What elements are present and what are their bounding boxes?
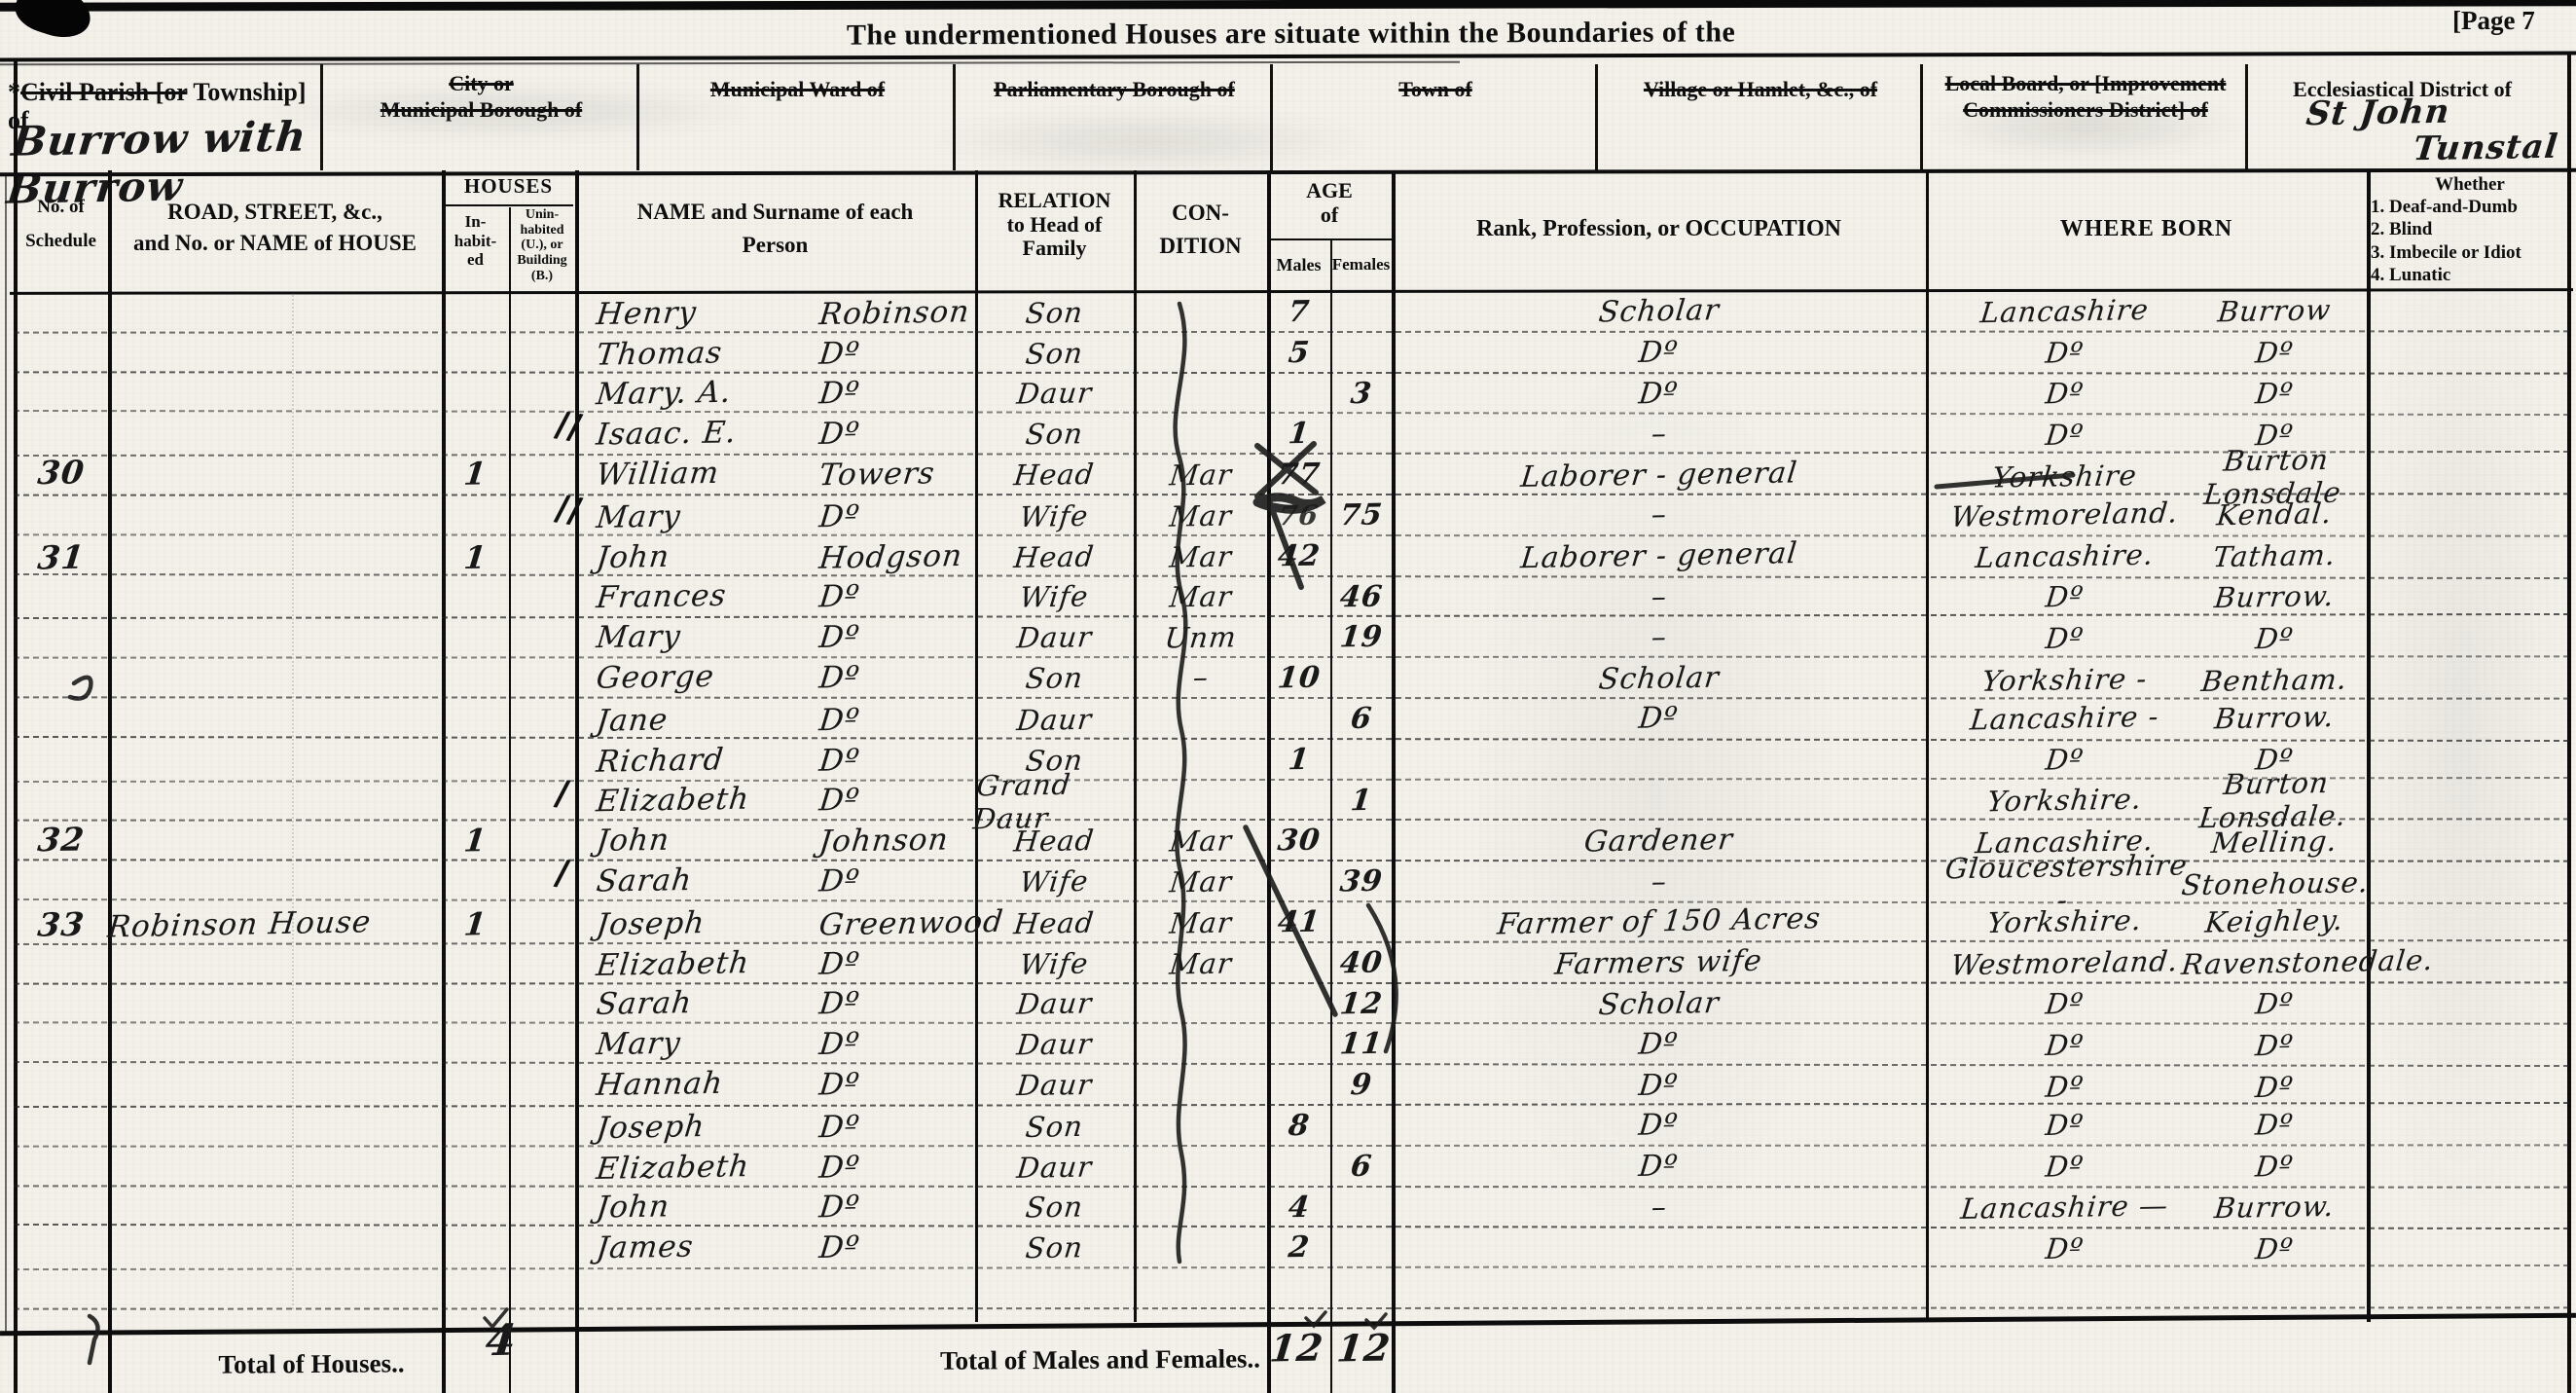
col-name-label: Person bbox=[575, 233, 975, 258]
person-given-name: John bbox=[595, 1190, 671, 1226]
person-given-name: Frances bbox=[595, 578, 728, 615]
cell-where-born: Yorkshire.Burton Lonsdale. bbox=[1926, 781, 2367, 822]
born-place: Keighley. bbox=[2180, 902, 2369, 939]
handwritten-text: Dº bbox=[1638, 1149, 1681, 1184]
col-houses-group-label: HOUSES bbox=[442, 175, 575, 199]
handwritten-text: Mar bbox=[1168, 498, 1234, 532]
handwritten-text: – bbox=[1650, 621, 1669, 655]
cell-age-male: 2 bbox=[1267, 1228, 1330, 1268]
handwritten-text: Robinson House bbox=[106, 904, 373, 944]
cell-condition: Mar bbox=[1134, 577, 1267, 618]
handwritten-text: Daur bbox=[1015, 377, 1094, 411]
handwritten-text: 19 bbox=[1338, 620, 1385, 655]
person-surname: Dº bbox=[817, 1150, 861, 1186]
handwritten-text: Son bbox=[1024, 296, 1085, 330]
col-males-label: Males bbox=[1267, 255, 1330, 275]
col-uninhabited-label: (U.), or bbox=[509, 238, 575, 253]
cell-inhabited: 1 bbox=[442, 536, 509, 577]
col-inhabited-label: ed bbox=[442, 250, 509, 270]
header-label-struck: Municipal Borough of bbox=[381, 97, 582, 122]
handwritten-text: Mar bbox=[1168, 539, 1234, 573]
born-place: Dº bbox=[2180, 1148, 2369, 1184]
col-schedule-label: Schedule bbox=[14, 231, 108, 251]
person-surname: Dº bbox=[817, 376, 861, 412]
cell-schedule-number: 32 bbox=[14, 820, 108, 861]
person-given-name: Jane bbox=[595, 702, 670, 738]
handwritten-text: Scholar bbox=[1597, 661, 1722, 697]
handwritten-text: Daur bbox=[1015, 620, 1094, 654]
census-page-scan: { "page": { "page_label": "[Page 7", "ti… bbox=[0, 0, 2576, 1393]
total-houses-value: 4 bbox=[454, 1315, 548, 1367]
cell-relation: Head bbox=[975, 821, 1134, 861]
cell-person-name: RichardDº bbox=[575, 740, 997, 781]
person-surname: Dº bbox=[817, 783, 861, 819]
cell-relation: Wife bbox=[975, 943, 1134, 984]
col-age-label: AGE bbox=[1267, 179, 1392, 203]
handwritten-text: 39 bbox=[1338, 864, 1385, 899]
handwritten-text: Dº bbox=[1638, 335, 1681, 370]
cell-occupation: – bbox=[1392, 577, 1926, 618]
cell-occupation: – bbox=[1392, 861, 1926, 903]
cell-where-born: Lancashire —Burrow. bbox=[1926, 1188, 2367, 1228]
handwritten-text: Dº bbox=[1638, 1028, 1681, 1063]
table-row: 311JohnHodgsonMarHead42Laborer - general… bbox=[0, 535, 2576, 578]
cell-relation: Wife bbox=[975, 861, 1134, 902]
houses-group-underline bbox=[444, 204, 573, 206]
cell-age-male: 30 bbox=[1267, 821, 1330, 861]
ink-blob-top-left bbox=[10, 0, 97, 46]
page-number-label: [Page 7 bbox=[2452, 6, 2535, 35]
cell-age-male: 1 bbox=[1267, 414, 1330, 455]
cell-person-name: Mary. A.Dº bbox=[575, 374, 997, 415]
handwritten-text: Dº bbox=[1638, 701, 1681, 736]
cell-occupation: – bbox=[1392, 1188, 1926, 1228]
header-label-struck: Parliamentary Borough of bbox=[994, 77, 1235, 101]
table-row: JaneDºDaur6DºLancashire -Burrow. bbox=[0, 697, 2576, 742]
header-box-label: Commissioners District] of bbox=[1923, 98, 2248, 123]
handwritten-text: Farmers wife bbox=[1553, 944, 1764, 982]
cell-person-name: JohnJohnson bbox=[575, 821, 997, 861]
person-surname: Robinson bbox=[817, 294, 971, 332]
handwritten-text: Mar bbox=[1168, 946, 1234, 980]
person-given-name: Henry bbox=[595, 295, 699, 332]
cell-where-born: DºDº bbox=[1926, 984, 2367, 1025]
cell-person-name: JamesDº bbox=[575, 1228, 997, 1268]
handwritten-text: Son bbox=[1024, 1110, 1085, 1144]
cell-schedule-number: 30 bbox=[14, 453, 108, 494]
col-name-label: NAME and Surname of each bbox=[575, 200, 975, 225]
table-row: MaryDºUnmDaur19–DºDº bbox=[0, 616, 2576, 659]
cell-relation: Daur bbox=[975, 1147, 1134, 1188]
cell-person-name: SarahDº bbox=[575, 984, 997, 1025]
table-row: HenryRobinsonSon7ScholarLancashireBurrow bbox=[0, 290, 2576, 335]
born-place: Dº bbox=[2180, 1106, 2369, 1143]
table-row: 33Robinson House1JosephGreenwoodMarHead4… bbox=[0, 900, 2576, 945]
handwritten-text: 77 bbox=[1276, 458, 1323, 493]
cell-relation: Daur bbox=[975, 617, 1134, 658]
born-county: Dº bbox=[1941, 985, 2188, 1022]
handwritten-text: – bbox=[1650, 580, 1669, 614]
cell-person-name: MaryDº bbox=[575, 617, 997, 658]
person-given-name: Mary bbox=[595, 498, 682, 535]
handwritten-text: Wife bbox=[1018, 946, 1090, 980]
cell-condition: – bbox=[1134, 658, 1267, 699]
cell-occupation: Farmer of 150 Acres bbox=[1392, 901, 1926, 943]
handwritten-text: 6 bbox=[1349, 702, 1374, 736]
col-uninhabited-label: Unin- bbox=[509, 207, 575, 223]
cell-age-female: 3 bbox=[1330, 374, 1392, 415]
header-box-civil-parish: *Civil Parish [or Township] ofBurrow wit… bbox=[0, 64, 320, 170]
handwritten-text: 3 bbox=[1349, 377, 1374, 411]
page-title: The undermentioned Houses are situate wi… bbox=[847, 16, 1735, 52]
person-given-name: Mary. A. bbox=[595, 375, 733, 412]
person-given-name: William bbox=[595, 456, 721, 493]
header-box-handwriting: Tunstal bbox=[2412, 128, 2560, 169]
cell-occupation: Dº bbox=[1392, 1065, 1926, 1107]
cell-age-female: 40 bbox=[1330, 943, 1392, 984]
born-county: Westmoreland. bbox=[1941, 495, 2188, 533]
born-county: Dº bbox=[1941, 1069, 2188, 1106]
col-relation-label: RELATION bbox=[975, 189, 1134, 213]
handwritten-text: Son bbox=[1024, 661, 1085, 695]
cell-relation: Daur bbox=[975, 699, 1134, 740]
header-box-local-board: Local Board, or [ImprovementCommissioner… bbox=[1920, 64, 2248, 170]
born-place: Stonehouse. bbox=[2180, 865, 2369, 901]
header-box-municipal-ward: Municipal Ward of bbox=[636, 64, 956, 170]
cell-age-male: 8 bbox=[1267, 1106, 1330, 1147]
born-county: Dº bbox=[1941, 417, 2188, 454]
table-row: ∕SarahDºMarWife39–Gloucestershire -Stone… bbox=[0, 860, 2576, 904]
header-label-struck: Local Board, or [Improvement bbox=[1945, 71, 2227, 95]
person-given-name: Mary bbox=[595, 619, 683, 655]
handwritten-text: Unm bbox=[1163, 621, 1238, 655]
col-inhabited-label: In- bbox=[442, 212, 509, 232]
person-given-name: John bbox=[595, 823, 671, 859]
cell-age-male: 4 bbox=[1267, 1188, 1330, 1228]
col-occupation-label: Rank, Profession, or OCCUPATION bbox=[1392, 216, 1926, 242]
person-given-name: Sarah bbox=[595, 986, 694, 1023]
born-county: Dº bbox=[1941, 1027, 2188, 1064]
cell-where-born: Lancashire -Burrow. bbox=[1926, 697, 2367, 739]
col-relation-label: Family bbox=[975, 237, 1134, 261]
handwritten-text: Dº bbox=[1638, 1108, 1681, 1143]
header-box-village-hamlet: Village or Hamlet, &c., of bbox=[1595, 64, 1923, 170]
handwritten-text: Daur bbox=[1015, 987, 1094, 1021]
handwritten-text: 32 bbox=[35, 821, 86, 860]
person-surname: Dº bbox=[817, 702, 861, 738]
cell-age-female: 6 bbox=[1330, 699, 1392, 740]
cell-relation: Son bbox=[975, 1106, 1134, 1147]
handwritten-text: 33 bbox=[35, 905, 86, 944]
cell-person-name: JosephDº bbox=[575, 1107, 997, 1149]
handwritten-text: – bbox=[1650, 865, 1669, 899]
col-born-label: WHERE BORN bbox=[1926, 216, 2367, 242]
table-row: GeorgeDº–Son10ScholarYorkshire -Bentham. bbox=[0, 656, 2576, 701]
cell-age-female: 1 bbox=[1330, 781, 1392, 822]
handwritten-text: 1 bbox=[1349, 784, 1374, 818]
table-row: ElizabethDºMarWife40Farmers wifeWestmore… bbox=[0, 942, 2576, 985]
header-box-label: Town of bbox=[1273, 78, 1598, 102]
handwritten-text: Mar bbox=[1168, 580, 1234, 614]
header-label-struck: City or bbox=[449, 71, 514, 95]
cell-person-name: ElizabethDº bbox=[575, 1147, 997, 1188]
cell-person-name: FrancesDº bbox=[575, 577, 997, 618]
handwritten-text: 31 bbox=[35, 538, 86, 577]
born-county: Dº bbox=[1941, 1106, 2188, 1144]
cell-relation: Head bbox=[975, 902, 1134, 943]
cell-relation: Son bbox=[975, 333, 1134, 374]
cell-schedule-number: 31 bbox=[14, 537, 108, 578]
cell-where-born: Yorkshire -Bentham. bbox=[1926, 659, 2367, 701]
person-surname: Dº bbox=[817, 1190, 861, 1226]
table-row: FrancesDºMarWife46–DºBurrow. bbox=[0, 577, 2576, 618]
handwritten-text: Son bbox=[1024, 418, 1085, 452]
cell-where-born: Westmoreland.Kendal. bbox=[1926, 494, 2367, 535]
handwritten-text: Farmer of 150 Acres bbox=[1496, 902, 1823, 942]
title-rule bbox=[0, 52, 2576, 62]
cell-relation: Son bbox=[975, 658, 1134, 699]
cell-where-born: DºDº bbox=[1926, 1104, 2367, 1146]
header-label-struck: Commissioners District] of bbox=[1963, 97, 2208, 122]
cell-occupation: Laborer - general bbox=[1392, 455, 1926, 496]
born-county: Yorkshire bbox=[1941, 458, 2188, 495]
col-whether-label: 1. Deaf-and-Dumb bbox=[2371, 196, 2569, 218]
handwritten-text: Head bbox=[1012, 458, 1096, 492]
cell-relation: Wife bbox=[975, 495, 1134, 536]
cell-occupation: Gardener bbox=[1392, 821, 1926, 861]
person-surname: Dº bbox=[817, 743, 861, 779]
cell-condition: Mar bbox=[1134, 455, 1267, 495]
person-surname: Dº bbox=[817, 986, 861, 1022]
person-given-name: Mary bbox=[595, 1026, 683, 1062]
total-houses-label: Total of Houses.. bbox=[165, 1348, 457, 1379]
cell-condition: Mar bbox=[1134, 861, 1267, 902]
total-males-females-label: Total of Males and Females.. bbox=[837, 1343, 1260, 1375]
handwritten-text: Daur bbox=[1015, 1027, 1094, 1061]
born-county: Dº bbox=[1941, 741, 2188, 779]
cell-where-born: DºBurrow. bbox=[1926, 577, 2367, 618]
cell-person-name: HannahDº bbox=[575, 1064, 997, 1106]
cell-condition: Mar bbox=[1134, 902, 1267, 943]
born-county: Dº bbox=[1941, 620, 2188, 657]
cell-age-female: 75 bbox=[1330, 495, 1392, 536]
handwritten-text: Mar bbox=[1168, 458, 1234, 492]
born-county: Westmoreland. bbox=[1941, 944, 2188, 982]
born-county: Dº bbox=[1941, 334, 2188, 372]
handwritten-text: Wife bbox=[1018, 580, 1090, 614]
handwritten-text: Laborer - general bbox=[1519, 457, 1799, 495]
header-label-struck: Town of bbox=[1398, 77, 1472, 101]
handwritten-text: 1 bbox=[462, 455, 489, 492]
person-surname: Dº bbox=[817, 1230, 861, 1266]
handwritten-text: Wife bbox=[1018, 864, 1090, 898]
handwritten-text: 1 bbox=[462, 538, 489, 575]
cell-person-name: ∕∕Isaac. E.Dº bbox=[575, 414, 997, 455]
total-males-value: 12 bbox=[1263, 1325, 1331, 1370]
born-county: Yorkshire. bbox=[1941, 782, 2188, 819]
cell-inhabited: 1 bbox=[442, 454, 509, 495]
person-surname: Dº bbox=[817, 660, 861, 696]
handwritten-text: – bbox=[1650, 1191, 1669, 1225]
cell-where-born: YorkshireBurton Lonsdale bbox=[1926, 456, 2367, 497]
cell-occupation: Dº bbox=[1392, 698, 1926, 740]
born-county: Lancashire. bbox=[1941, 537, 2188, 575]
born-place: Burrow. bbox=[2180, 1190, 2369, 1226]
handwritten-text: – bbox=[1650, 498, 1669, 532]
person-given-name: Joseph bbox=[595, 905, 707, 942]
header-box-ecclesiastical-district: Ecclesiastical District ofSt JohnTunstal bbox=[2245, 64, 2557, 170]
header-box-label: Municipal Borough of bbox=[323, 98, 639, 123]
cell-occupation: – bbox=[1392, 617, 1926, 658]
table-row: HannahDºDaur9DºDºDº bbox=[0, 1063, 2576, 1108]
handwritten-text: 75 bbox=[1338, 498, 1384, 533]
born-county: Dº bbox=[1941, 375, 2188, 412]
handwritten-text: Wife bbox=[1018, 499, 1090, 533]
table-row: ∕ElizabethDºGrand Daur1Yorkshire.Burton … bbox=[0, 781, 2576, 822]
header-box-label: Municipal Ward of bbox=[639, 78, 956, 102]
table-row: Mary. A.DºDaur3DºDºDº bbox=[0, 374, 2576, 415]
cell-relation: Grand Daur bbox=[975, 781, 1134, 822]
person-given-name: Richard bbox=[595, 742, 726, 779]
handwritten-text: Daur bbox=[1015, 1150, 1094, 1184]
cell-relation: Daur bbox=[975, 1065, 1134, 1106]
born-place: Melling. bbox=[2180, 825, 2369, 861]
person-surname: Towers bbox=[817, 456, 937, 493]
table-row: SarahDºDaur12ScholarDºDº bbox=[0, 984, 2576, 1025]
cell-relation: Son bbox=[975, 1188, 1134, 1228]
born-place: Ravenstonedale. bbox=[2180, 944, 2369, 980]
person-surname: Dº bbox=[817, 863, 861, 899]
cell-age-male: 1 bbox=[1267, 740, 1330, 781]
cell-occupation: Dº bbox=[1392, 1146, 1926, 1187]
header-label-struck: Village or Hamlet, &c., of bbox=[1644, 77, 1877, 101]
cell-condition: Mar bbox=[1134, 943, 1267, 984]
handwritten-text: Son bbox=[1024, 336, 1085, 370]
handwritten-text: 30 bbox=[1276, 824, 1323, 859]
person-given-name: Isaac. E. bbox=[595, 416, 739, 453]
handwritten-text: Mar bbox=[1168, 825, 1234, 859]
cell-person-name: ∕ElizabethDº bbox=[575, 781, 997, 822]
table-row: ThomasDºSon5DºDºDº bbox=[0, 332, 2576, 375]
handwritten-text: 1 bbox=[462, 822, 489, 859]
cell-occupation: Dº bbox=[1392, 1024, 1926, 1065]
born-place: Tatham. bbox=[2180, 537, 2369, 573]
handwritten-text: 1 bbox=[462, 905, 489, 942]
person-given-name: Elizabeth bbox=[595, 945, 751, 983]
handwritten-text: 7 bbox=[1287, 295, 1312, 329]
cell-age-female: 12 bbox=[1330, 984, 1392, 1025]
cell-age-male: 77 bbox=[1267, 455, 1330, 495]
cell-person-name: JohnHodgson bbox=[575, 536, 997, 577]
born-place: Dº bbox=[2180, 376, 2369, 412]
handwritten-text: 9 bbox=[1349, 1069, 1374, 1103]
born-county: Lancashire bbox=[1941, 292, 2188, 330]
col-uninhabited-label: habited bbox=[509, 223, 575, 238]
person-given-name: George bbox=[595, 659, 716, 696]
cell-where-born: DºDº bbox=[1926, 374, 2367, 415]
handwritten-text: – bbox=[1191, 661, 1211, 695]
handwritten-text: Laborer - general bbox=[1519, 536, 1799, 575]
person-surname: Dº bbox=[817, 498, 861, 534]
handwritten-text: 46 bbox=[1338, 580, 1385, 615]
total-females-value: 12 bbox=[1331, 1325, 1397, 1370]
table-row: ElizabethDºDaur6DºDºDº bbox=[0, 1146, 2576, 1189]
handwritten-text: – bbox=[1650, 418, 1669, 452]
col-females-label: Females bbox=[1330, 255, 1392, 274]
cell-age-male: 7 bbox=[1267, 292, 1330, 333]
handwritten-text: Gardener bbox=[1582, 824, 1735, 861]
born-county: Dº bbox=[1941, 578, 2188, 615]
cell-occupation: Laborer - general bbox=[1392, 535, 1926, 576]
cell-person-name: GeorgeDº bbox=[575, 657, 997, 699]
born-county: Lancashire - bbox=[1941, 699, 2188, 737]
cell-age-female: 9 bbox=[1330, 1065, 1392, 1106]
cell-relation: Son bbox=[975, 292, 1134, 333]
handwritten-text: Dº bbox=[1637, 1069, 1680, 1104]
table-row: MaryDºDaur11DºDºDº bbox=[0, 1023, 2576, 1066]
born-place: Kendal. bbox=[2180, 495, 2369, 532]
cell-person-name: WilliamTowers bbox=[575, 454, 997, 495]
person-surname: Dº bbox=[817, 946, 861, 982]
cell-where-born: LancashireBurrow bbox=[1926, 290, 2367, 332]
born-place: Dº bbox=[2180, 621, 2369, 657]
cell-relation: Head bbox=[975, 536, 1134, 577]
handwritten-text: Scholar bbox=[1597, 986, 1721, 1022]
cell-occupation: Scholar bbox=[1392, 658, 1926, 700]
cell-occupation: Dº bbox=[1392, 1105, 1926, 1147]
cell-person-name: JaneDº bbox=[575, 700, 997, 742]
cell-occupation: Dº bbox=[1392, 332, 1926, 373]
cell-age-female: 39 bbox=[1330, 861, 1392, 902]
handwritten-text: 41 bbox=[1276, 905, 1322, 940]
cell-condition: Mar bbox=[1134, 821, 1267, 861]
handwritten-text: Head bbox=[1013, 906, 1097, 941]
header-box-label: City or bbox=[323, 72, 639, 96]
person-given-name: Thomas bbox=[595, 335, 724, 372]
handwritten-text: Daur bbox=[1015, 703, 1094, 737]
col-uninhabited-label: (B.) bbox=[509, 269, 575, 284]
header-label-struck: Municipal Ward of bbox=[710, 77, 885, 101]
col-condition-label: CON- bbox=[1134, 201, 1267, 226]
cell-schedule-number: 33 bbox=[14, 904, 108, 945]
table-row: 301WilliamTowersMarHead77Laborer - gener… bbox=[0, 453, 2576, 497]
age-group-underline bbox=[1267, 238, 1392, 240]
handwritten-text: Mar bbox=[1168, 864, 1234, 898]
cell-relation: Daur bbox=[975, 984, 1134, 1025]
person-given-name: Elizabeth bbox=[595, 1149, 751, 1187]
cell-where-born: Westmoreland.Ravenstonedale. bbox=[1926, 942, 2367, 983]
cell-person-name: HenryRobinson bbox=[575, 293, 997, 335]
cell-age-female: 46 bbox=[1330, 577, 1392, 618]
header-box-handwriting: St John bbox=[2304, 92, 2452, 134]
handwritten-text: 40 bbox=[1338, 946, 1384, 981]
born-place: Dº bbox=[2180, 1069, 2369, 1105]
born-county: Yorkshire. bbox=[1941, 902, 2188, 940]
cell-occupation: Farmers wife bbox=[1392, 942, 1926, 983]
cell-relation: Head bbox=[975, 455, 1134, 495]
born-place: Dº bbox=[2180, 1231, 2369, 1267]
person-surname: Hodgson bbox=[817, 538, 964, 576]
cell-occupation: Scholar bbox=[1392, 984, 1926, 1025]
header-label-struck: Civil Parish [or bbox=[20, 78, 187, 106]
handwritten-text: 30 bbox=[35, 454, 86, 493]
cell-inhabited: 1 bbox=[442, 903, 509, 944]
cell-where-born: DºDº bbox=[1926, 1228, 2367, 1269]
cell-person-name: ∕∕MaryDº bbox=[575, 496, 997, 538]
cell-where-born: DºDº bbox=[1926, 618, 2367, 659]
col-inhabited-label: habit- bbox=[442, 232, 509, 251]
table-row: 321JohnJohnsonMarHead30GardenerLancashir… bbox=[0, 820, 2576, 862]
